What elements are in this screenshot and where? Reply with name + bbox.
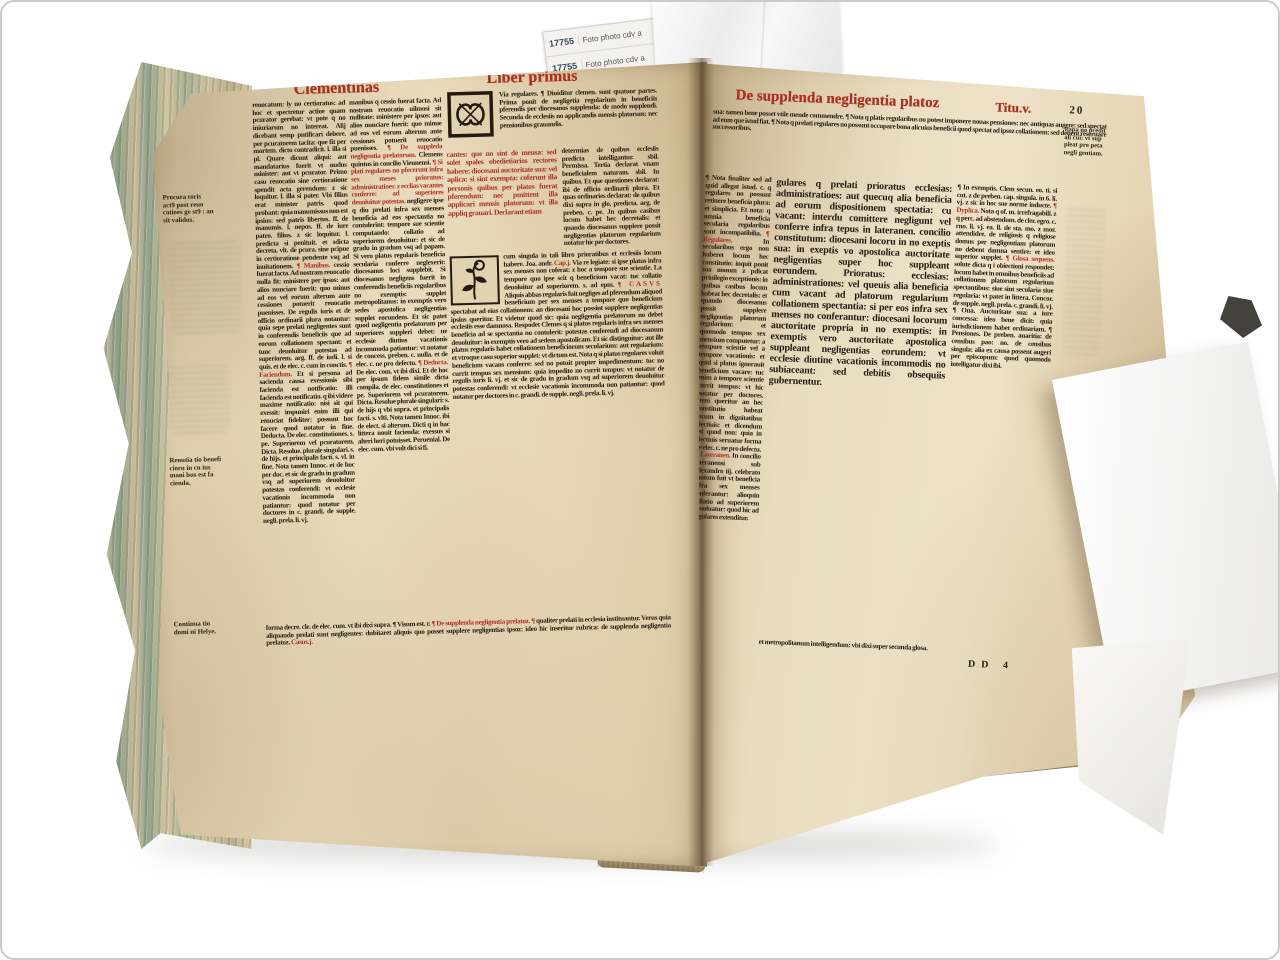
text-column-3-red: cantes: que no sint de mensa: sed solet … [446, 148, 559, 251]
inventory-number: 17755 [544, 35, 580, 49]
text-column-2: manibus q cessio fuerat facta. Ad nostra… [349, 97, 455, 621]
casus-label: Casus.j. [291, 638, 313, 647]
text-column-4: determias de quibus ecclesiis predicta i… [561, 145, 661, 248]
folio-number: 20 [1069, 104, 1084, 117]
showthrough-stain [1062, 204, 1106, 355]
text-column-3-intro: Via regulares. ¶ Diuiditur clemen. sunt … [499, 88, 658, 146]
showthrough-stain [169, 240, 243, 334]
main-text-column: gulares q prelati prioratus ecclesias: a… [759, 177, 952, 641]
margin-note: Procura toris act9 post reuo catioes ge … [162, 193, 215, 225]
running-title-book: Liber primus [486, 68, 577, 88]
woodcut-initial-knot [447, 91, 494, 138]
gloss-right-column: ¶ In exemptis. Clem secun. eo. ti. si cu… [940, 184, 1058, 647]
woodcut-initial-flower [449, 255, 500, 306]
foot-rubric-block: forma decre. cle. de elec. cum. vt ibi d… [266, 614, 672, 673]
text-column-wide: cum singula in tali libro prioratibus et… [449, 249, 670, 618]
dark-clip [1220, 296, 1262, 338]
intro-block: sua: tamen bene posset vtile mende comme… [711, 109, 1107, 184]
photo-frame: 17755 Foto photo cdv a 17755 Foto photo … [0, 0, 1280, 960]
margin-note-right: Papa no pcedit ali cui: vt sup pleat pro… [1064, 126, 1111, 158]
left-page: Clementinas Liber primus Procura toris a… [147, 57, 707, 867]
titulus-label: Titu.v. [995, 99, 1031, 116]
signature-mark: DD 4 [968, 659, 1014, 672]
label-text: Foto photo cdv a [579, 25, 664, 44]
gutter-shadow [688, 58, 714, 866]
running-title-right: De supplenda negligentia platoz [735, 87, 939, 112]
margin-note: Continua tio domi ni Helye. [174, 620, 226, 637]
running-title-left: Clementinas [294, 79, 380, 99]
text-column-1: renocatum: ly no certioratus: ad hoc et … [252, 100, 359, 624]
margin-note: Renutia tio benefi cioru in cu ius mani … [169, 456, 222, 488]
showthrough-stain [168, 363, 230, 435]
